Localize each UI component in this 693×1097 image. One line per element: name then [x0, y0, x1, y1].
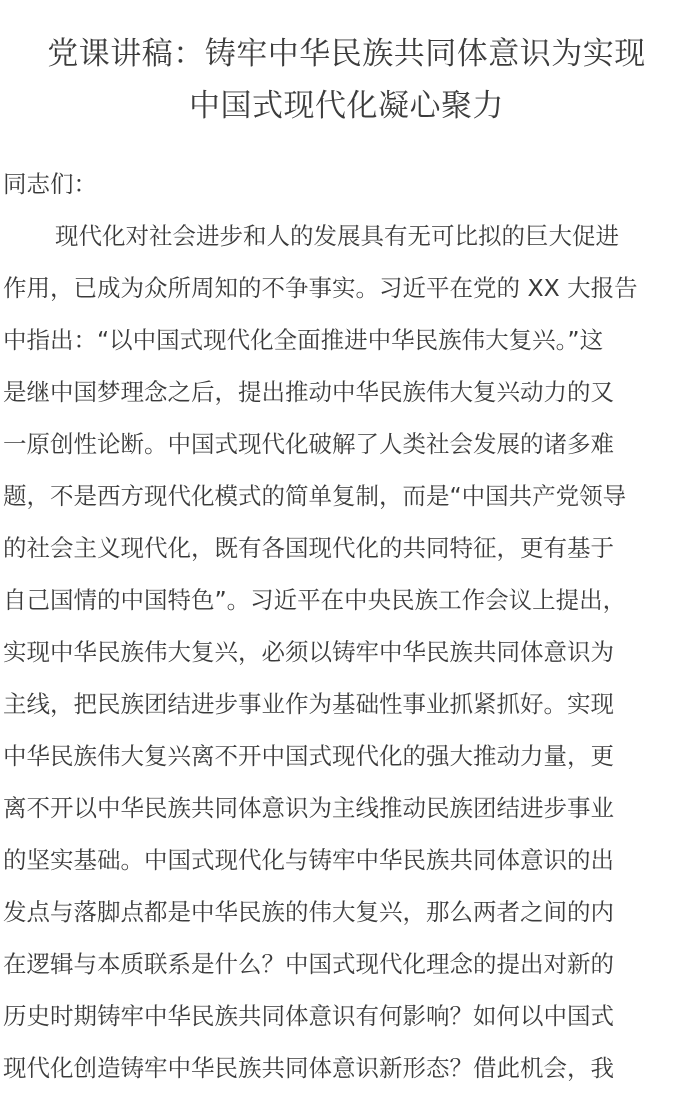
title-line-1: 党课讲稿：铸牢中华民族共同体意识为实现 [0, 28, 693, 80]
salutation: 同志们： [3, 158, 693, 210]
paragraph-line: 历史时期铸牢中华民族共同体意识有何影响？如何以中国式 [3, 990, 693, 1042]
paragraph-line: 自己国情的中国特色”。习近平在中央民族工作会议上提出， [3, 574, 693, 626]
document-body: 同志们： 现代化对社会进步和人的发展具有无可比拟的巨大促进 作用，已成为众所周知… [3, 158, 693, 1094]
paragraph-line: 离不开以中华民族共同体意识为主线推动民族团结进步事业 [3, 782, 693, 834]
paragraph-line: 中指出：“以中国式现代化全面推进中华民族伟大复兴。”这 [3, 314, 693, 366]
paragraph-line: 的社会主义现代化，既有各国现代化的共同特征，更有基于 [3, 522, 693, 574]
paragraph: 现代化对社会进步和人的发展具有无可比拟的巨大促进 作用，已成为众所周知的不争事实… [3, 210, 693, 1094]
paragraph-line: 一原创性论断。中国式现代化破解了人类社会发展的诸多难 [3, 418, 693, 470]
paragraph-line: 实现中华民族伟大复兴，必须以铸牢中华民族共同体意识为 [3, 626, 693, 678]
paragraph-line: 是继中国梦理念之后，提出推动中华民族伟大复兴动力的又 [3, 366, 693, 418]
document-title: 党课讲稿：铸牢中华民族共同体意识为实现 中国式现代化凝心聚力 [0, 28, 693, 132]
paragraph-line: 作用，已成为众所周知的不争事实。习近平在党的 XX 大报告 [3, 262, 693, 314]
paragraph-line: 在逻辑与本质联系是什么？中国式现代化理念的提出对新的 [3, 938, 693, 990]
title-line-2: 中国式现代化凝心聚力 [0, 80, 693, 132]
paragraph-line: 现代化创造铸牢中华民族共同体意识新形态？借此机会，我 [3, 1042, 693, 1094]
paragraph-line: 题，不是西方现代化模式的简单复制，而是“中国共产党领导 [3, 470, 693, 522]
paragraph-line: 主线，把民族团结进步事业作为基础性事业抓紧抓好。实现 [3, 678, 693, 730]
paragraph-line: 的坚实基础。中国式现代化与铸牢中华民族共同体意识的出 [3, 834, 693, 886]
paragraph-line: 发点与落脚点都是中华民族的伟大复兴，那么两者之间的内 [3, 886, 693, 938]
paragraph-line: 中华民族伟大复兴离不开中国式现代化的强大推动力量，更 [3, 730, 693, 782]
paragraph-line: 现代化对社会进步和人的发展具有无可比拟的巨大促进 [3, 210, 693, 262]
